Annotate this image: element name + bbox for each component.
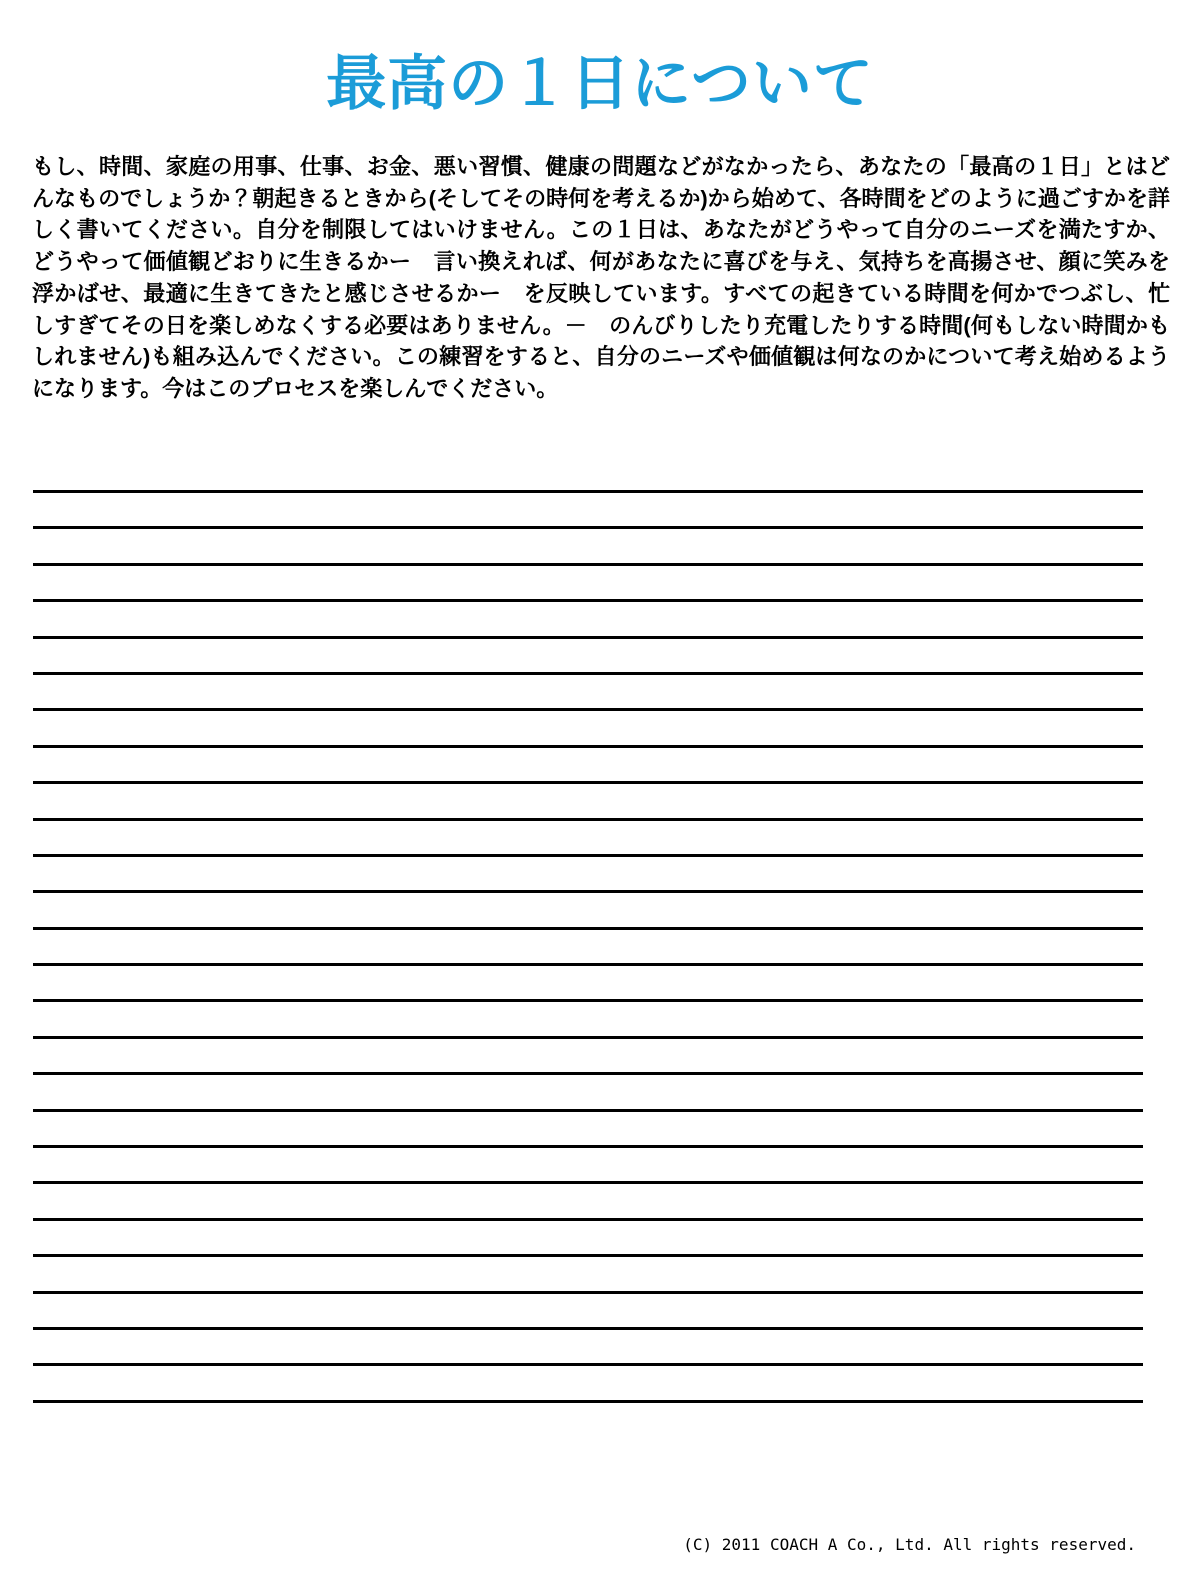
writing-line xyxy=(33,818,1143,821)
writing-line xyxy=(33,1072,1143,1075)
writing-line xyxy=(33,1363,1143,1366)
writing-line xyxy=(33,890,1143,893)
writing-line xyxy=(33,672,1143,675)
writing-line xyxy=(33,490,1143,493)
worksheet-page: 最高の１日について もし、時間、家庭の用事、仕事、お金、悪い習慣、健康の問題など… xyxy=(0,0,1200,1574)
writing-line xyxy=(33,1218,1143,1221)
writing-line xyxy=(33,563,1143,566)
writing-line xyxy=(33,1036,1143,1039)
writing-line xyxy=(33,854,1143,857)
writing-line xyxy=(33,1400,1143,1403)
writing-lines-area xyxy=(33,490,1143,1403)
writing-line xyxy=(33,1145,1143,1148)
writing-line xyxy=(33,526,1143,529)
writing-line xyxy=(33,781,1143,784)
writing-line xyxy=(33,1254,1143,1257)
writing-line xyxy=(33,1109,1143,1112)
writing-line xyxy=(33,1181,1143,1184)
writing-line xyxy=(33,599,1143,602)
copyright-notice: (C) 2011 COACH A Co., Ltd. All rights re… xyxy=(683,1535,1136,1554)
writing-line xyxy=(33,636,1143,639)
writing-line xyxy=(33,999,1143,1002)
intro-paragraph: もし、時間、家庭の用事、仕事、お金、悪い習慣、健康の問題などがなかったら、あなた… xyxy=(32,151,1170,405)
page-title: 最高の１日について xyxy=(0,36,1200,122)
writing-line xyxy=(33,927,1143,930)
writing-line xyxy=(33,1327,1143,1330)
writing-line xyxy=(33,1291,1143,1294)
writing-line xyxy=(33,745,1143,748)
writing-line xyxy=(33,708,1143,711)
writing-line xyxy=(33,963,1143,966)
